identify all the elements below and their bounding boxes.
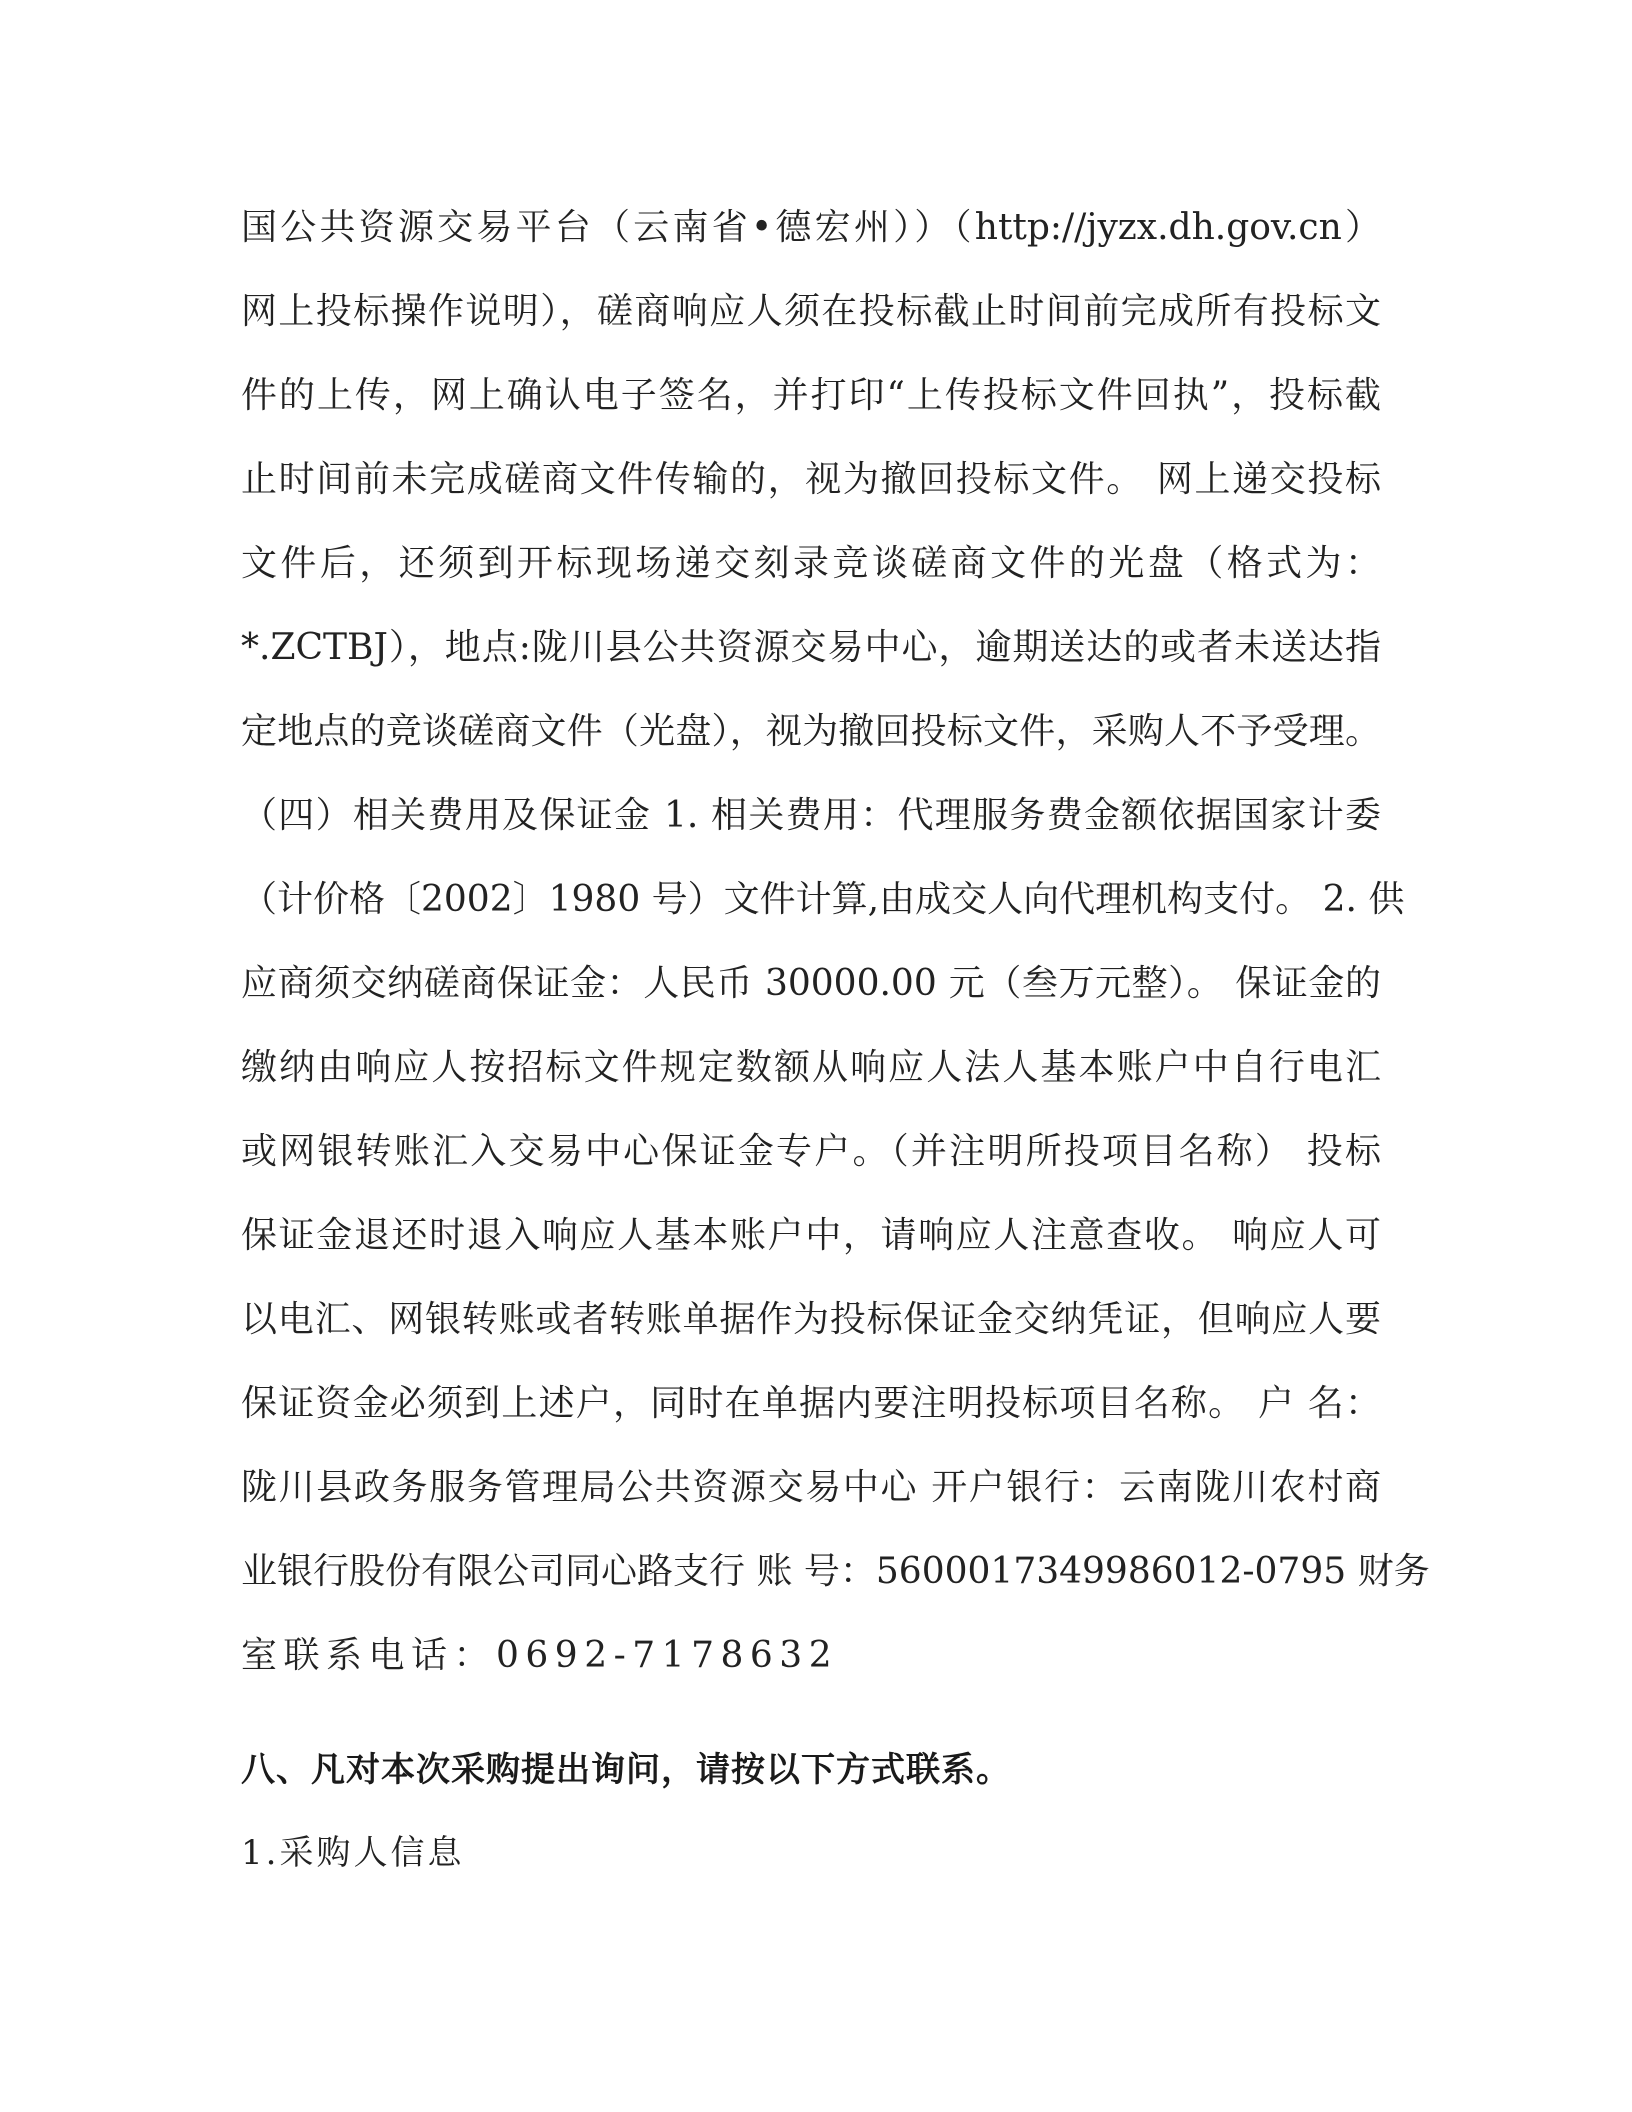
text-line: 缴纳由响应人按招标文件规定数额从响应人法人基本账户中自行电汇	[241, 1040, 1381, 1124]
document-page: 国公共资源交易平台（云南省•德宏州））（http://jyzx.dh.gov.c…	[0, 0, 1632, 2112]
text-line: （四）相关费用及保证金 1. 相关费用：代理服务费金额依据国家计委	[241, 788, 1381, 872]
text-line: *.ZCTBJ），地点:陇川县公共资源交易中心，逾期送达的或者未送达指	[241, 620, 1381, 704]
body-paragraph: 国公共资源交易平台（云南省•德宏州））（http://jyzx.dh.gov.c…	[241, 200, 1381, 1712]
text-line: 定地点的竞谈磋商文件（光盘），视为撤回投标文件，采购人不予受理。	[241, 704, 1381, 788]
text-line: 网上投标操作说明），磋商响应人须在投标截止时间前完成所有投标文	[241, 284, 1381, 368]
text-line: 件的上传，网上确认电子签名，并打印“上传投标文件回执”，投标截	[241, 368, 1381, 452]
text-line: （计价格〔2002〕1980 号）文件计算,由成交人向代理机构支付。 2. 供	[241, 872, 1381, 956]
text-line: 室联系电话：0692-7178632	[241, 1628, 1381, 1712]
text-line: 应商须交纳磋商保证金：人民币 30000.00 元（叁万元整）。 保证金的	[241, 956, 1381, 1040]
text-line: 陇川县政务服务管理局公共资源交易中心 开户银行：云南陇川农村商	[241, 1460, 1381, 1544]
text-line: 保证资金必须到上述户，同时在单据内要注明投标项目名称。 户 名：	[241, 1376, 1381, 1460]
text-line: 止时间前未完成磋商文件传输的，视为撤回投标文件。 网上递交投标	[241, 452, 1381, 536]
subsection-heading: 1.采购人信息	[241, 1825, 464, 1881]
text-line: 以电汇、网银转账或者转账单据作为投标保证金交纳凭证，但响应人要	[241, 1292, 1381, 1376]
text-line: 或网银转账汇入交易中心保证金专户。（并注明所投项目名称） 投标	[241, 1124, 1381, 1208]
text-line: 业银行股份有限公司同心路支行 账 号：5600017349986012-0795…	[241, 1544, 1381, 1628]
text-line: 国公共资源交易平台（云南省•德宏州））（http://jyzx.dh.gov.c…	[241, 200, 1381, 284]
section-heading: 八、凡对本次采购提出询问，请按以下方式联系。	[241, 1742, 1011, 1798]
text-line: 文件后，还须到开标现场递交刻录竞谈磋商文件的光盘（格式为：	[241, 536, 1381, 620]
text-line: 保证金退还时退入响应人基本账户中，请响应人注意查收。 响应人可	[241, 1208, 1381, 1292]
